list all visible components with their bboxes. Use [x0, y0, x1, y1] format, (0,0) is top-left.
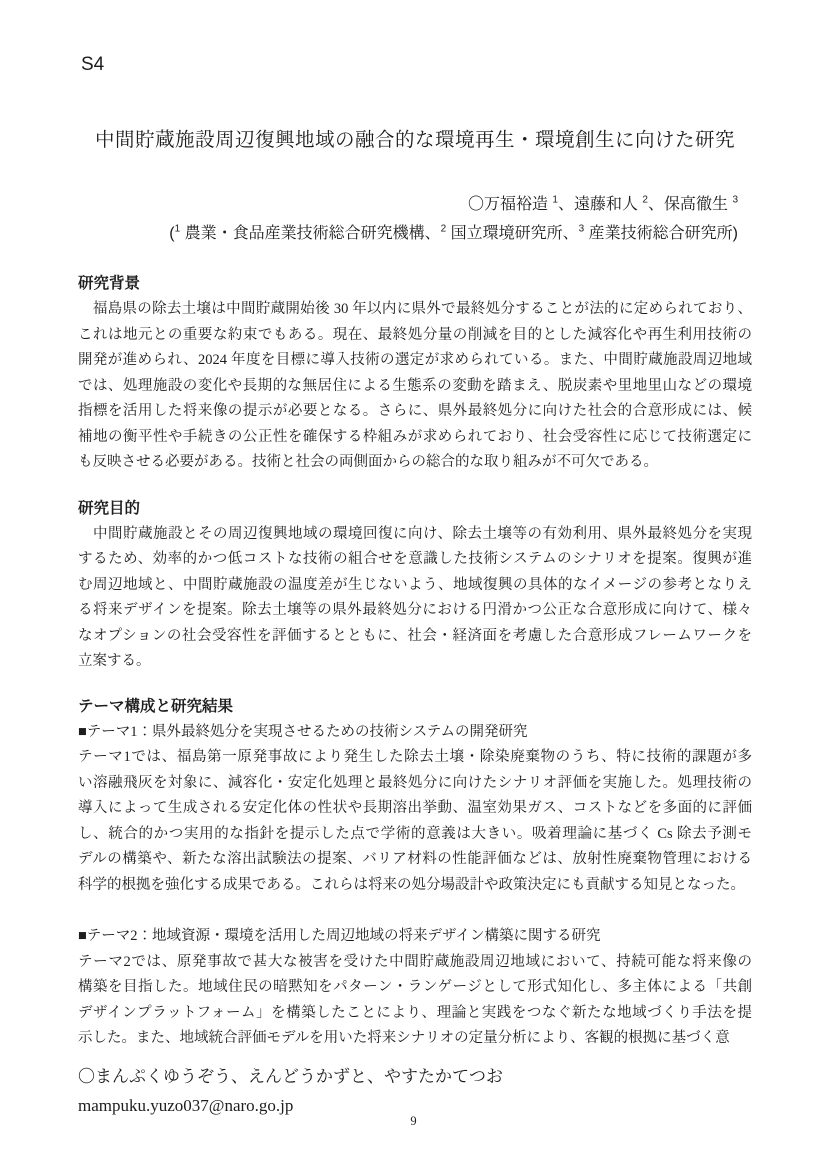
text-line: 開発が進められ、2024 年度を目標に導入技術の選定が求められている。また、中間…	[78, 348, 752, 374]
text-line: い溶融飛灰を対象に、減容化・安定化処理と最終処分に向けたシナリオ評価を実施した。…	[78, 771, 752, 797]
text-line: 指標を活用した将来像の提示が必要となる。さらに、県外最終処分に向けた社会的合意形…	[78, 399, 752, 425]
author-block: 〇万福裕造 1、遠藤和人 2、保高徹生 3 (1 農業・食品産業技術総合研究機構…	[78, 190, 752, 248]
text-line: む周辺地域と、中間貯蔵施設の温度差が生じないよう、地域復興の具体的なイメージの参…	[78, 573, 752, 599]
background-paragraph: 福島県の除去土壌は中間貯蔵開始後 30 年以内に県外で最終処分することが法的に定…	[78, 297, 752, 476]
text-line: では、処理施設の変化や長期的な無居住による生態系の変動を踏まえ、脱炭素や里地里山…	[78, 374, 752, 400]
purpose-paragraph: 中間貯蔵施設とその周辺復興地域の環境回復に向け、除去土壌等の有効利用、県外最終処…	[78, 522, 752, 675]
superscript: 1	[175, 224, 181, 235]
superscript: 2	[441, 224, 447, 235]
page-title: 中間貯蔵施設周辺復興地域の融合的な環境再生・環境創生に向けた研究	[78, 126, 752, 154]
kana-authors-line: 〇まんぷくゆうぞう、えんどうかずと、やすたかてつお	[78, 1062, 752, 1091]
text-line: 福島県の除去土壌は中間貯蔵開始後 30 年以内に県外で最終処分することが法的に定…	[78, 297, 752, 323]
text-line: 立案する。	[78, 649, 752, 675]
text-line: る将来デザインを提案。除去土壌等の県外最終処分における円滑かつ公正な合意形成に向…	[78, 598, 752, 624]
text-line: 示した。また、地域統合評価モデルを用いた将来シナリオの定量分析により、客観的根拠…	[78, 1026, 752, 1052]
text-line: テーマ1では、福島第一原発事故により発生した除去土壌・除染廃棄物のうち、特に技術…	[78, 745, 752, 771]
text-line: も反映させる必要がある。技術と社会の両側面からの総合的な取り組みが不可欠である。	[78, 450, 752, 476]
section-heading-background: 研究背景	[78, 271, 752, 297]
text-line: し、統合的かつ実用的な指針を提示した点で学術的意義は大きい。吸着理論に基づく C…	[78, 822, 752, 848]
document-page: S4 中間貯蔵施設周辺復興地域の融合的な環境再生・環境創生に向けた研究 〇万福裕…	[0, 0, 827, 1170]
theme2-paragraph: テーマ2では、原発事故で甚大な被害を受けた中間貯蔵施設周辺地域において、持続可能…	[78, 950, 752, 1052]
authors-line: 〇万福裕造 1、遠藤和人 2、保高徹生 3	[78, 190, 738, 219]
text-line: 中間貯蔵施設とその周辺復興地域の環境回復に向け、除去土壌等の有効利用、県外最終処…	[78, 522, 752, 548]
page-number: 9	[0, 1114, 827, 1129]
superscript: 3	[732, 195, 738, 206]
theme1-label: ■テーマ1：県外最終処分を実現させるための技術システムの開発研究	[78, 720, 752, 746]
theme2-label: ■テーマ2：地域資源・環境を活用した周辺地域の将来デザイン構築に関する研究	[78, 924, 752, 950]
superscript: 2	[642, 195, 648, 206]
text-line: 導入によって生成される安定化体の性状や長期溶出挙動、温室効果ガス、コストなどを多…	[78, 796, 752, 822]
superscript: 3	[579, 224, 585, 235]
text-line: なオプションの社会受容性を評価するとともに、社会・経済面を考慮した合意形成フレー…	[78, 624, 752, 650]
contact-block: 〇まんぷくゆうぞう、えんどうかずと、やすたかてつお mampuku.yuzo03…	[78, 1062, 752, 1120]
text-line: デルの構築や、新たな溶出試験法の提案、バリア材料の性能評価などは、放射性廃棄物管…	[78, 847, 752, 873]
text-line: 構築を目指した。地域住民の暗黙知をパターン・ランゲージとして形式知化し、多主体に…	[78, 975, 752, 1001]
session-label: S4	[81, 52, 752, 78]
theme1-paragraph: テーマ1では、福島第一原発事故により発生した除去土壌・除染廃棄物のうち、特に技術…	[78, 745, 752, 898]
text-line: これは地元との重要な約束でもある。現在、最終処分量の削減を目的とした減容化や再生…	[78, 323, 752, 349]
affiliations-line: (1 農業・食品産業技術総合研究機構、2 国立環境研究所、3 産業技術総合研究所…	[78, 219, 738, 248]
superscript: 1	[552, 195, 558, 206]
text-line: 科学的根拠を強化する成果である。これらは将来の処分場設計や政策決定にも貢献する知…	[78, 873, 752, 899]
text-line: デザインプラットフォーム」を構築したことにより、理論と実践をつなぐ新たな地域づく…	[78, 1001, 752, 1027]
section-heading-results: テーマ構成と研究結果	[78, 694, 752, 720]
section-heading-purpose: 研究目的	[78, 496, 752, 522]
text-line: するため、効率的かつ低コストな技術の組合せを意識した技術システムのシナリオを提案…	[78, 547, 752, 573]
text-line: 補地の衡平性や手続きの公正性を確保する枠組みが求められており、社会受容性に応じて…	[78, 425, 752, 451]
text-line: テーマ2では、原発事故で甚大な被害を受けた中間貯蔵施設周辺地域において、持続可能…	[78, 950, 752, 976]
